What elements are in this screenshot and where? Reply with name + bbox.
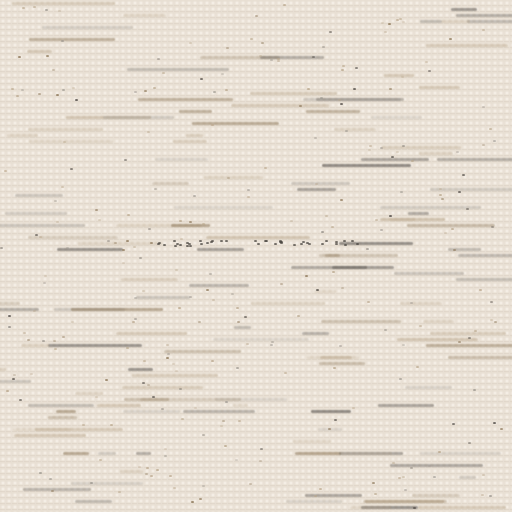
fiber-fleck [314, 495, 317, 497]
fiber-fleck [156, 469, 159, 471]
fiber-fleck [270, 344, 273, 346]
fiber-streak [42, 26, 133, 29]
fiber-fleck [236, 367, 239, 369]
fiber-fleck [299, 105, 302, 107]
fiber-fleck [35, 234, 38, 236]
fiber-fleck [325, 215, 328, 217]
fiber-fleck [180, 238, 183, 240]
fiber-streak [127, 68, 229, 71]
fiber-fleck [52, 69, 55, 71]
fiber-fleck [490, 301, 493, 303]
fiber-fleck [453, 249, 456, 251]
dark-fleck [225, 240, 228, 242]
fiber-fleck [54, 200, 57, 202]
fiber-streak [152, 182, 189, 185]
fiber-fleck [4, 170, 7, 172]
dark-fleck [335, 243, 338, 245]
dark-fleck [325, 240, 328, 242]
fiber-streak [123, 410, 180, 413]
fiber-fleck [481, 494, 484, 496]
fiber-streak [430, 188, 512, 191]
fiber-fleck [368, 149, 371, 151]
fiber-streak [423, 320, 454, 323]
fiber-streak [325, 254, 340, 257]
fiber-fleck [173, 487, 176, 489]
fiber-streak [27, 50, 52, 53]
fiber-fleck [260, 448, 263, 450]
fiber-streak [132, 374, 218, 377]
fiber-fleck [439, 188, 442, 190]
fiber-streak [121, 278, 178, 281]
fiber-streak [206, 236, 310, 239]
fiber-fleck [384, 329, 387, 331]
dark-fleck [257, 243, 260, 245]
fiber-fleck [110, 424, 113, 426]
fiber-fleck [500, 428, 503, 430]
fiber-streak [189, 284, 249, 287]
fiber-fleck [194, 407, 197, 409]
fiber-fleck [39, 472, 42, 474]
fiber-fleck [124, 159, 127, 161]
fiber-fleck [328, 428, 331, 430]
fiber-fleck [255, 15, 258, 17]
dark-fleck [254, 240, 257, 242]
fiber-streak [138, 98, 233, 101]
dark-fleck [293, 244, 296, 246]
fiber-streak [390, 218, 415, 221]
fiber-streak [456, 278, 512, 281]
fiber-fleck [227, 177, 230, 179]
fiber-fleck [27, 339, 30, 341]
fiber-streak [28, 128, 103, 131]
fiber-streak [437, 158, 512, 161]
fiber-fleck [134, 318, 137, 320]
fiber-streak [350, 506, 391, 509]
fiber-streak [371, 116, 422, 119]
fiber-fleck [221, 73, 224, 75]
fiber-fleck [105, 379, 108, 381]
fiber-fleck [147, 384, 150, 386]
fiber-streak [309, 452, 392, 455]
fiber-fleck [49, 478, 52, 480]
fiber-fleck [264, 167, 267, 169]
fiber-streak [407, 224, 495, 227]
fiber-fleck [392, 462, 395, 464]
fiber-fleck [226, 47, 229, 49]
fiber-streak [5, 212, 67, 215]
fiber-fleck [213, 91, 216, 93]
fiber-fleck [244, 316, 247, 318]
fiber-fleck [66, 247, 69, 249]
fiber-fleck [352, 407, 355, 409]
fiber-fleck [401, 76, 404, 78]
dark-fleck [211, 240, 214, 242]
fiber-fleck [75, 99, 78, 101]
fiber-fleck [247, 196, 250, 198]
fiber-fleck [468, 337, 471, 339]
fiber-streak [155, 158, 208, 161]
fiber-streak [124, 398, 169, 401]
fiber-fleck [150, 475, 153, 477]
fiber-fleck [259, 55, 262, 57]
fiber-streak [322, 164, 411, 167]
fiber-fleck [284, 372, 287, 374]
dark-fleck [279, 240, 282, 242]
fiber-fleck [380, 147, 383, 149]
fiber-streak [71, 482, 143, 485]
fiber-fleck [225, 401, 228, 403]
fiber-fleck [238, 420, 241, 422]
fiber-fleck [8, 315, 11, 317]
fiber-fleck [315, 183, 318, 185]
fiber-fleck [332, 271, 335, 273]
fiber-fleck [61, 40, 64, 42]
fiber-fleck [494, 321, 497, 323]
fiber-fleck [181, 418, 184, 420]
fiber-fleck [433, 476, 436, 478]
fiber-streak [136, 452, 151, 455]
fiber-fleck [62, 336, 65, 338]
fiber-fleck [139, 257, 142, 259]
fiber-fleck [8, 326, 11, 328]
fiber-fleck [493, 422, 496, 424]
fiber-fleck [202, 434, 205, 436]
fiber-fleck [16, 95, 19, 97]
fiber-fleck [290, 220, 293, 222]
fiber-fleck [166, 344, 169, 346]
fiber-streak [186, 134, 203, 137]
fiber-fleck [189, 221, 192, 223]
fiber-streak [233, 404, 248, 407]
fiber-fleck [152, 396, 155, 398]
fiber-fleck [312, 56, 315, 58]
fiber-fleck [439, 194, 442, 196]
fiber-fleck [99, 459, 102, 461]
fiber-fleck [143, 360, 146, 362]
fiber-fleck [353, 88, 356, 90]
fiber-streak [418, 506, 506, 509]
fiber-fleck [341, 287, 344, 289]
fiber-fleck [402, 21, 405, 23]
fiber-fleck [167, 353, 170, 355]
fiber-fleck [162, 72, 165, 74]
fiber-fleck [280, 283, 283, 285]
fiber-fleck [489, 128, 492, 130]
fiber-fleck [462, 174, 465, 176]
dark-fleck [157, 243, 160, 245]
fiber-streak [98, 452, 116, 455]
fiber-fleck [33, 6, 36, 8]
fiber-streak [306, 110, 360, 113]
fiber-fleck [413, 507, 416, 509]
fiber-fleck [482, 474, 485, 476]
fiber-fleck [237, 321, 240, 323]
fiber-fleck [270, 59, 273, 61]
fiber-fleck [122, 262, 125, 264]
fiber-fleck [114, 242, 117, 244]
fiber-fleck [399, 378, 402, 380]
dark-fleck [344, 244, 347, 246]
fiber-fleck [399, 18, 402, 20]
fiber-streak [467, 20, 512, 23]
fiber-fleck [235, 459, 238, 461]
fiber-fleck [341, 69, 344, 71]
fiber-fleck [150, 242, 153, 244]
fiber-fleck [164, 448, 167, 450]
fiber-fleck [389, 88, 392, 90]
fiber-fleck [33, 310, 36, 312]
dark-fleck [300, 243, 303, 245]
fiber-fleck [142, 290, 145, 292]
fiber-streak [420, 452, 501, 455]
fiber-fleck [212, 299, 215, 301]
fiber-streak [120, 470, 143, 473]
fiber-fleck [153, 87, 156, 89]
fiber-streak [14, 434, 86, 437]
fiber-streak [71, 308, 163, 311]
fiber-fleck [107, 240, 110, 242]
dark-fleck [343, 240, 346, 242]
dark-fleck [321, 243, 324, 245]
dark-fleck [308, 243, 311, 245]
fiber-streak [28, 404, 94, 407]
fiber-streak [400, 302, 442, 305]
fiber-fleck [118, 491, 121, 493]
dark-fleck [351, 240, 354, 242]
fiber-fleck [491, 226, 494, 228]
fiber-fleck [231, 293, 234, 295]
dark-fleck [206, 242, 209, 244]
woven-textile-texture [0, 0, 512, 512]
dark-fleck [189, 245, 192, 247]
fiber-fleck [54, 348, 57, 350]
fiber-streak [48, 416, 77, 419]
fiber-streak [390, 464, 483, 467]
fiber-fleck [90, 482, 93, 484]
fiber-fleck [458, 191, 461, 193]
fiber-streak [192, 122, 279, 125]
fiber-streak [204, 176, 263, 179]
fiber-fleck [388, 23, 391, 25]
fiber-fleck [39, 236, 42, 238]
fiber-streak [378, 404, 434, 407]
fiber-fleck [468, 442, 471, 444]
fiber-streak [0, 368, 6, 371]
fiber-fleck [179, 388, 182, 390]
fiber-fleck [175, 370, 178, 372]
fiber-streak [451, 8, 477, 11]
dark-fleck [274, 243, 277, 245]
fiber-fleck [489, 495, 492, 497]
fiber-fleck [82, 424, 85, 426]
fiber-streak [426, 44, 508, 47]
fiber-fleck [391, 156, 394, 158]
fiber-fleck [398, 477, 401, 479]
fiber-streak [197, 248, 244, 251]
fiber-fleck [164, 455, 167, 457]
fiber-streak [183, 410, 255, 413]
fiber-fleck [46, 55, 49, 57]
fiber-fleck [428, 465, 431, 467]
fiber-streak [361, 158, 429, 161]
fiber-fleck [321, 231, 324, 233]
fiber-fleck [322, 46, 325, 48]
fiber-streak [29, 140, 113, 143]
fiber-streak [397, 338, 478, 341]
fiber-fleck [62, 89, 65, 91]
fiber-streak [136, 296, 190, 299]
fiber-fleck [339, 345, 342, 347]
fiber-fleck [444, 232, 447, 234]
fiber-fleck [449, 38, 452, 40]
fiber-fleck [13, 374, 16, 376]
fiber-fleck [63, 141, 66, 143]
fiber-fleck [247, 189, 250, 191]
fiber-fleck [18, 56, 21, 58]
fiber-fleck [22, 7, 25, 9]
fiber-streak [291, 182, 350, 185]
fiber-fleck [340, 103, 343, 105]
fiber-streak [173, 140, 207, 143]
fiber-fleck [72, 87, 75, 89]
fiber-fleck [319, 488, 322, 490]
fiber-fleck [482, 144, 485, 146]
fiber-streak [103, 116, 174, 119]
fiber-fleck [211, 124, 214, 126]
fiber-fleck [474, 330, 477, 332]
fiber-fleck [283, 4, 286, 6]
fiber-fleck [157, 58, 160, 60]
dark-fleck [174, 245, 177, 247]
fiber-fleck [98, 219, 101, 221]
fiber-streak [311, 410, 351, 413]
fiber-streak [15, 194, 63, 197]
fiber-streak [419, 86, 460, 89]
fiber-streak [179, 110, 212, 113]
fiber-fleck [456, 151, 459, 153]
fiber-fleck [246, 343, 249, 345]
fiber-fleck [331, 226, 334, 228]
fiber-fleck [126, 240, 129, 242]
fiber-fleck [178, 307, 181, 309]
fiber-fleck [122, 249, 125, 251]
fiber-streak [21, 344, 49, 347]
fiber-fleck [43, 282, 46, 284]
fiber-fleck [259, 460, 262, 462]
fiber-fleck [466, 208, 469, 210]
fiber-streak [339, 242, 413, 245]
fiber-fleck [206, 289, 209, 291]
dark-fleck [302, 241, 305, 243]
fiber-streak [23, 488, 91, 491]
fiber-fleck [389, 215, 392, 217]
fiber-fleck [169, 475, 172, 477]
fiber-streak [419, 152, 453, 155]
fiber-streak [420, 20, 442, 23]
fiber-streak [0, 302, 20, 305]
fiber-streak [251, 302, 325, 305]
fiber-fleck [404, 489, 407, 491]
fiber-fleck [199, 498, 202, 500]
fiber-fleck [305, 275, 308, 277]
fiber-fleck [147, 131, 150, 133]
fiber-fleck [127, 214, 130, 216]
fiber-fleck [110, 249, 113, 251]
fiber-fleck [175, 269, 178, 271]
fiber-fleck [428, 70, 431, 72]
fiber-fleck [225, 89, 228, 91]
fiber-fleck [372, 482, 375, 484]
fiber-fleck [402, 145, 405, 147]
fiber-fleck [297, 315, 300, 317]
fiber-fleck [56, 94, 59, 96]
fiber-fleck [419, 325, 422, 327]
fiber-fleck [220, 425, 223, 427]
fiber-fleck [416, 366, 419, 368]
fiber-fleck [138, 466, 141, 468]
fiber-fleck [189, 42, 192, 44]
fiber-streak [250, 92, 337, 95]
fiber-streak [426, 344, 512, 347]
fiber-fleck [193, 195, 196, 197]
fiber-fleck [384, 31, 387, 33]
fiber-fleck [42, 340, 45, 342]
fiber-streak [458, 254, 512, 257]
fiber-streak [412, 494, 460, 497]
fiber-streak [12, 2, 115, 5]
fiber-streak [430, 332, 506, 335]
fiber-fleck [482, 106, 485, 108]
fiber-fleck [340, 199, 343, 201]
fiber-fleck [45, 9, 48, 11]
fiber-streak [441, 20, 470, 23]
fiber-fleck [366, 248, 369, 250]
fiber-fleck [21, 89, 24, 91]
fiber-streak [394, 272, 464, 275]
fiber-streak [302, 332, 329, 335]
fiber-fleck [211, 360, 214, 362]
fiber-fleck [222, 420, 225, 422]
fiber-streak [7, 134, 38, 137]
fiber-fleck [316, 289, 319, 291]
fiber-fleck [30, 373, 33, 375]
fiber-streak [334, 128, 376, 131]
fiber-fleck [145, 473, 148, 475]
fiber-streak [123, 14, 166, 17]
fiber-fleck [148, 228, 151, 230]
dark-fleck [356, 243, 359, 245]
fiber-fleck [451, 228, 454, 230]
fiber-fleck [250, 38, 253, 40]
fiber-streak [164, 350, 241, 353]
fiber-fleck [473, 389, 476, 391]
fiber-fleck [400, 191, 403, 193]
fiber-fleck [23, 332, 26, 334]
fiber-fleck [12, 378, 15, 380]
fiber-streak [363, 500, 447, 503]
fiber-fleck [133, 246, 136, 248]
dark-fleck [199, 240, 202, 242]
fiber-fleck [381, 22, 384, 24]
fiber-fleck [189, 296, 192, 298]
fiber-fleck [329, 31, 332, 33]
fiber-fleck [202, 485, 205, 487]
color-streaks [0, 0, 512, 512]
fiber-fleck [58, 10, 61, 12]
fiber-fleck [236, 307, 239, 309]
fiber-fleck [134, 91, 137, 93]
fiber-fleck [202, 223, 205, 225]
